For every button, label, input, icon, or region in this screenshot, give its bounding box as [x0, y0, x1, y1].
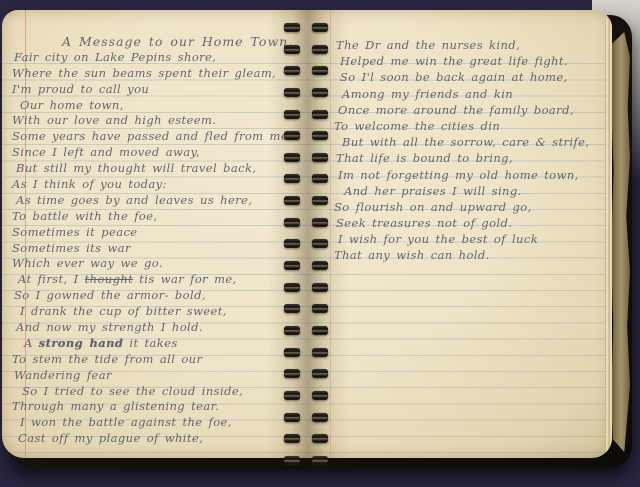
- binding-wire-loop: [284, 391, 328, 400]
- wire-left-half: [284, 131, 300, 140]
- wire-left-half: [284, 304, 300, 313]
- binding-wire-loop: [284, 239, 328, 248]
- poem-line: At first, I thought tis war for me,: [18, 272, 284, 288]
- wire-right-half: [312, 66, 328, 75]
- wire-right-half: [312, 369, 328, 378]
- binding-wire-loop: [284, 131, 328, 140]
- wire-left-half: [284, 196, 300, 205]
- wire-right-half: [312, 131, 328, 140]
- poem-line: So flourish on and upward go,: [334, 199, 608, 215]
- poem-line: To stem the tide from all our: [12, 352, 284, 368]
- cover-tape-strip: [611, 32, 630, 452]
- poem-line: Fair city on Lake Pepins shore,: [14, 50, 284, 66]
- wire-left-half: [284, 153, 300, 162]
- binding-wire-loop: [284, 283, 328, 292]
- spiral-binding: [284, 23, 328, 465]
- wire-right-half: [312, 283, 328, 292]
- wire-right-half: [312, 391, 328, 400]
- wire-right-half: [312, 326, 328, 335]
- binding-wire-loop: [284, 369, 328, 378]
- wire-left-half: [284, 283, 300, 292]
- binding-wire-loop: [284, 261, 328, 270]
- poem-line: I wish for you the best of luck: [338, 231, 608, 247]
- wire-right-half: [312, 434, 328, 443]
- emphasized-words: strong hand: [39, 336, 124, 350]
- binding-wire-loop: [284, 413, 328, 422]
- wire-right-half: [312, 218, 328, 227]
- poem-line: Where the sun beams spent their gleam,: [12, 66, 284, 82]
- poem-line: To welcome the cities din: [334, 118, 608, 134]
- poem-text-segment: it takes: [123, 336, 177, 350]
- wire-right-half: [312, 23, 328, 32]
- poem-line: So I tried to see the cloud inside,: [22, 384, 284, 400]
- poem-line: Sometimes its war: [12, 241, 284, 257]
- wire-right-half: [312, 261, 328, 270]
- wire-left-half: [284, 434, 300, 443]
- poem-text-segment: At first, I: [18, 272, 85, 286]
- poem-line: And her praises I will sing.: [344, 183, 608, 199]
- binding-wire-loop: [284, 348, 328, 357]
- binding-wire-loop: [284, 66, 328, 75]
- wire-right-half: [312, 413, 328, 422]
- wire-right-half: [312, 348, 328, 357]
- wire-right-half: [312, 456, 328, 465]
- wire-left-half: [284, 218, 300, 227]
- wire-right-half: [312, 196, 328, 205]
- photo-of-notebook: A Message to our Home Town.Fair city on …: [0, 0, 640, 487]
- poem-line: Which ever way we go.: [12, 256, 284, 272]
- wire-right-half: [312, 153, 328, 162]
- wire-right-half: [312, 304, 328, 313]
- binding-wire-loop: [284, 174, 328, 183]
- wire-left-half: [284, 413, 300, 422]
- poem-line: To battle with the foe,: [12, 209, 284, 225]
- binding-wire-loop: [284, 434, 328, 443]
- wire-right-half: [312, 88, 328, 97]
- poem-line: Some years have passed and fled from me: [12, 129, 284, 145]
- right-page-handwriting: The Dr and the nurses kind,Helped me win…: [332, 37, 608, 264]
- poem-line: Once more around the family board,: [338, 102, 608, 118]
- poem-title: A Message to our Home Town.: [62, 34, 284, 50]
- wire-right-half: [312, 239, 328, 248]
- poem-line: Our home town,: [20, 98, 284, 114]
- binding-wire-loop: [284, 326, 328, 335]
- wire-left-half: [284, 326, 300, 335]
- binding-wire-loop: [284, 88, 328, 97]
- wire-left-half: [284, 45, 300, 54]
- poem-line: With our love and high esteem.: [12, 113, 284, 129]
- poem-line: Im not forgetting my old home town,: [338, 167, 608, 183]
- binding-wire-loop: [284, 45, 328, 54]
- wire-right-half: [312, 174, 328, 183]
- wire-left-half: [284, 456, 300, 465]
- binding-wire-loop: [284, 23, 328, 32]
- poem-line: I'm proud to call you: [12, 82, 284, 98]
- wire-left-half: [284, 23, 300, 32]
- poem-line: Cast off my plague of white,: [18, 431, 284, 447]
- wire-left-half: [284, 239, 300, 248]
- wire-left-half: [284, 110, 300, 119]
- poem-line: As time goes by and leaves us here,: [16, 193, 284, 209]
- poem-text-segment: tis war for me,: [133, 272, 236, 286]
- poem-line: I drank the cup of bitter sweet,: [20, 304, 284, 320]
- wire-left-half: [284, 88, 300, 97]
- poem-line: A strong hand it takes: [24, 336, 284, 352]
- poem-line: Since I left and moved away,: [12, 145, 284, 161]
- wire-left-half: [284, 391, 300, 400]
- poem-text-segment: A: [24, 336, 39, 350]
- binding-wire-loop: [284, 304, 328, 313]
- poem-line: Wandering fear: [14, 368, 284, 384]
- poem-line: The Dr and the nurses kind,: [336, 37, 608, 53]
- poem-line: Helped me win the great life fight.: [340, 53, 608, 69]
- poem-line: Through many a glistening tear.: [12, 399, 284, 415]
- poem-line: But still my thought will travel back,: [16, 161, 284, 177]
- poem-line: And now my strength I hold.: [16, 320, 284, 336]
- binding-wire-loop: [284, 110, 328, 119]
- poem-line: But with all the sorrow, care & strife,: [342, 134, 608, 150]
- binding-wire-loop: [284, 196, 328, 205]
- struck-out-word: thought: [85, 272, 134, 286]
- wire-right-half: [312, 45, 328, 54]
- wire-left-half: [284, 174, 300, 183]
- wire-left-half: [284, 66, 300, 75]
- binding-wire-loop: [284, 456, 328, 465]
- poem-line: As I think of you today:: [12, 177, 284, 193]
- left-page-handwriting: A Message to our Home Town.Fair city on …: [12, 34, 284, 447]
- poem-line: So I gowned the armor- bold,: [14, 288, 284, 304]
- poem-line: That life is bound to bring,: [336, 150, 608, 166]
- wire-left-half: [284, 261, 300, 270]
- poem-line: I won the battle against the foe,: [20, 415, 284, 431]
- wire-left-half: [284, 369, 300, 378]
- poem-line: That any wish can hold.: [334, 247, 608, 263]
- wire-right-half: [312, 110, 328, 119]
- poem-line: Sometimes it peace: [12, 225, 284, 241]
- poem-line: Among my friends and kin: [342, 86, 608, 102]
- poem-line: So I'l soon be back again at home,: [340, 69, 608, 85]
- binding-wire-loop: [284, 153, 328, 162]
- binding-wire-loop: [284, 218, 328, 227]
- poem-line: Seek treasures not of gold.: [336, 215, 608, 231]
- wire-left-half: [284, 348, 300, 357]
